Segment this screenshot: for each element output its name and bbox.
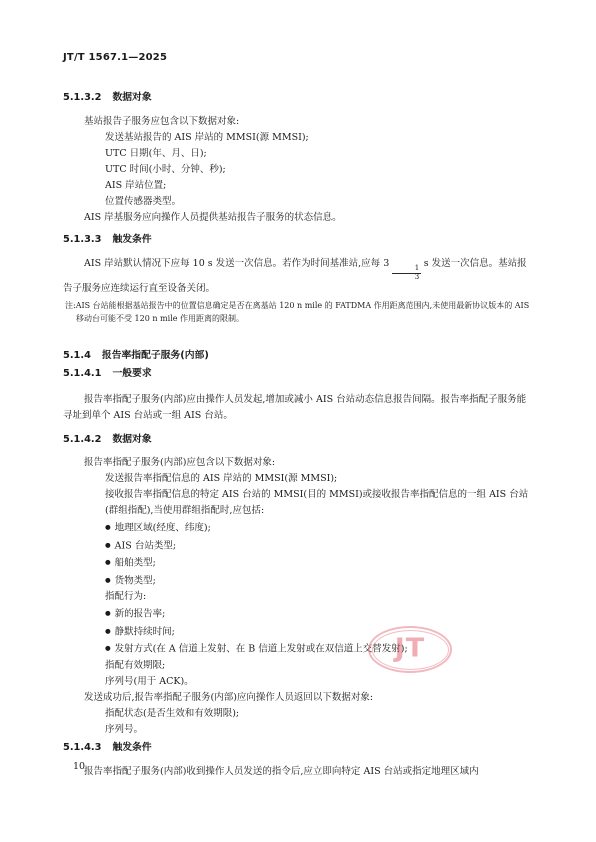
list-item: 序列号。 <box>105 722 533 738</box>
doc-code: JT/T 1567.1—2025 <box>63 52 167 63</box>
paragraph: AIS 岸基服务应向操作人员提供基站报告子服务的状态信息。 <box>63 210 533 226</box>
section-title: 触发条件 <box>112 742 151 753</box>
list-item: 指配行为: <box>105 589 533 605</box>
list-item: ●静默持续时间; <box>105 623 533 641</box>
paragraph: 发送成功后,报告率指配子服务(内部)应向操作人员返回以下数据对象: <box>63 690 533 706</box>
section-number: 5.1.3.2 <box>63 92 101 103</box>
list-item-text: 货物类型; <box>115 575 156 586</box>
list-item: 发送报告率指配信息的 AIS 岸站的 MMSI(源 MMSI); <box>105 471 533 487</box>
list-item-text: 新的报告率; <box>115 609 166 620</box>
section-title: 一般要求 <box>112 368 151 379</box>
section-heading-5-1-4-1: 5.1.4.1一般要求 <box>63 366 533 382</box>
list-item: ●船舶类型; <box>105 554 533 572</box>
fraction-denominator: 3 <box>392 273 420 282</box>
list-item-text: 静默持续时间; <box>115 626 175 637</box>
list-item: 发送基站报告的 AIS 岸站的 MMSI(源 MMSI); <box>105 130 533 146</box>
bullet-icon: ● <box>105 523 111 531</box>
list-item-text: 地理区域(经度、纬度); <box>115 523 211 534</box>
paragraph: 报告率指配子服务(内部)应由操作人员发起,增加或减小 AIS 台站动态信息报告间… <box>63 392 533 424</box>
list-item: ●地理区域(经度、纬度); <box>105 519 533 537</box>
section-title: 报告率指配子服务(内部) <box>102 350 209 361</box>
section-heading-5-1-4-2: 5.1.4.2数据对象 <box>63 432 533 448</box>
section-number: 5.1.4 <box>63 350 91 361</box>
page-content: 5.1.3.2数据对象 基站报告子服务应包含以下数据对象: 发送基站报告的 AI… <box>63 90 533 780</box>
bullet-icon: ● <box>105 609 111 617</box>
list-item: 接收报告率指配信息的特定 AIS 台站的 MMSI(目的 MMSI)或接收报告率… <box>105 487 533 519</box>
section-number: 5.1.4.1 <box>63 368 101 379</box>
section-number: 5.1.3.3 <box>63 234 101 245</box>
list-item: ●AIS 台站类型; <box>105 537 533 555</box>
list-item: 位置传感器类型。 <box>105 194 533 210</box>
list-item: UTC 日期(年、月、日); <box>105 146 533 162</box>
bullet-icon: ● <box>105 576 111 584</box>
bullet-icon: ● <box>105 558 111 566</box>
note-text: 注:AIS 台站能根据基站报告中的位置信息确定是否在离基站 120 n mile… <box>65 299 533 325</box>
bullet-icon: ● <box>105 541 111 549</box>
list-item: 指配有效期限; <box>105 658 533 674</box>
list-item: ●发射方式(在 A 信道上发射、在 B 信道上发射或在双信道上交替发射); <box>105 640 533 658</box>
paragraph: 基站报告子服务应包含以下数据对象: <box>63 114 533 130</box>
list-item-text: 发射方式(在 A 信道上发射、在 B 信道上发射或在双信道上交替发射); <box>115 644 408 655</box>
fraction-one-third: 13 <box>392 265 420 281</box>
section-title: 数据对象 <box>112 434 151 445</box>
list-item-text: 船舶类型; <box>115 558 156 569</box>
section-heading-5-1-4: 5.1.4报告率指配子服务(内部) <box>63 348 533 364</box>
list-item: ●新的报告率; <box>105 605 533 623</box>
paragraph: 报告率指配子服务(内部)应包含以下数据对象: <box>63 455 533 471</box>
section-number: 5.1.4.2 <box>63 434 101 445</box>
fraction-numerator: 1 <box>394 265 419 273</box>
paragraph-text: AIS 岸站默认情况下应每 10 s 发送一次信息。若作为时间基准站,应每 3 <box>84 258 389 269</box>
section-title: 触发条件 <box>112 234 151 245</box>
section-heading-5-1-4-3: 5.1.4.3触发条件 <box>63 740 533 756</box>
document-page: JT/T 1567.1—2025 5.1.3.2数据对象 基站报告子服务应包含以… <box>0 0 596 842</box>
bullet-icon: ● <box>105 627 111 635</box>
bullet-icon: ● <box>105 644 111 652</box>
list-item: ●货物类型; <box>105 572 533 590</box>
section-title: 数据对象 <box>112 92 151 103</box>
section-heading-5-1-3-3: 5.1.3.3触发条件 <box>63 232 533 248</box>
list-item-text: AIS 台站类型; <box>115 540 176 551</box>
section-heading-5-1-3-2: 5.1.3.2数据对象 <box>63 90 533 106</box>
paragraph: 报告率指配子服务(内部)收到操作人员发送的指令后,应立即向特定 AIS 台站或指… <box>63 764 533 780</box>
section-number: 5.1.4.3 <box>63 742 101 753</box>
list-item: 指配状态(是否生效和有效期限); <box>105 706 533 722</box>
list-item: AIS 岸站位置; <box>105 178 533 194</box>
paragraph: AIS 岸站默认情况下应每 10 s 发送一次信息。若作为时间基准站,应每 31… <box>63 256 533 297</box>
list-item: 序列号(用于 ACK)。 <box>105 674 533 690</box>
list-item: UTC 时间(小时、分钟、秒); <box>105 162 533 178</box>
page-number: 10 <box>73 761 85 772</box>
